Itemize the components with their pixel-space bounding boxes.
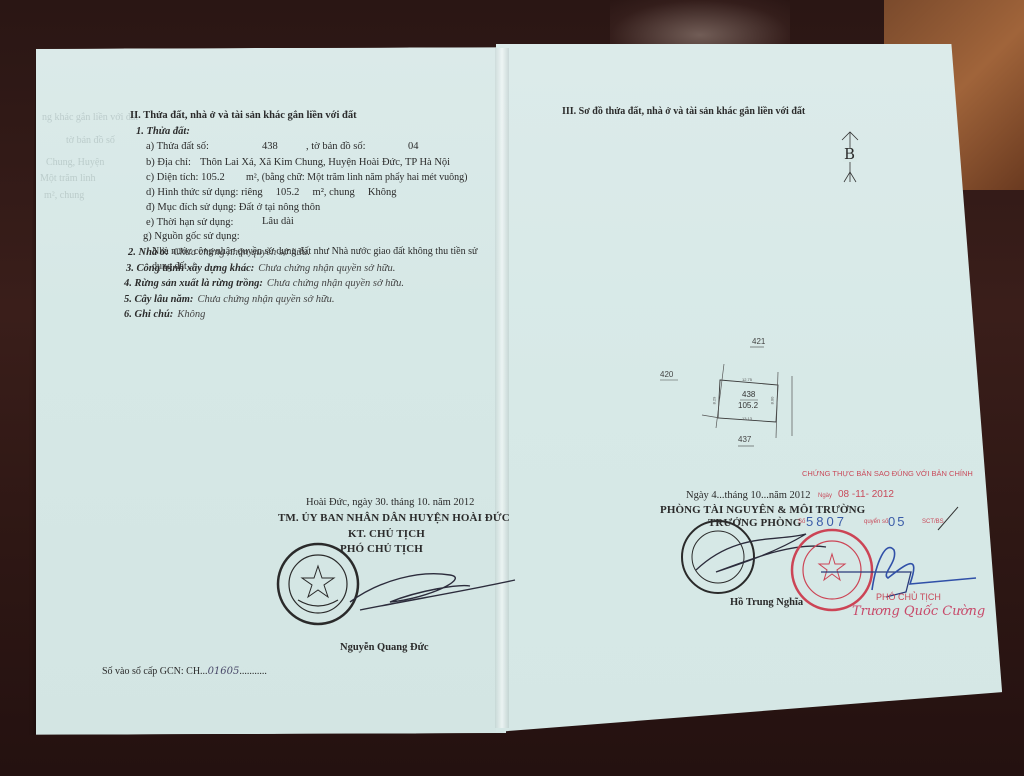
bleed-through-text: Một trăm linh xyxy=(40,173,96,184)
item-value: Không xyxy=(177,309,205,320)
bleed-through-text: Chung, Huyện xyxy=(46,157,104,168)
neighbor-parcel-west: 420 xyxy=(660,370,673,379)
item-row: 5. Cây lâu năm:Chưa chứng nhận quyền sở … xyxy=(124,294,335,305)
usage-purpose: đ) Mục đích sử dụng: Đất ở tại nông thôn xyxy=(146,202,320,213)
cert-date-label: Ngày xyxy=(818,493,832,499)
cert-official-name: Trương Quốc Cường xyxy=(852,604,985,619)
left-org-name: TM. ỦY BAN NHÂN DÂN HUYỆN HOÀI ĐỨC xyxy=(278,512,510,524)
right-signer-name: Hồ Trung Nghĩa xyxy=(730,597,803,608)
term-value: Lâu dài xyxy=(262,216,294,227)
edge-length-top: 12.75 xyxy=(742,377,752,382)
address-value: Thôn Lai Xá, Xã Kim Chung, Huyện Hoài Đứ… xyxy=(200,157,450,168)
item-row: 6. Ghi chú:Không xyxy=(124,309,205,320)
cert-date: 08 -11- 2012 xyxy=(838,489,894,500)
area-label: c) Diện tích: 105.2 xyxy=(146,172,225,183)
right-date-line: Ngày 4...tháng 10...năm 2012 xyxy=(686,490,811,501)
usage-form: d) Hình thức sử dụng: riêng 105.2 m², ch… xyxy=(146,187,396,198)
edge-length-bottom: 13.13 xyxy=(742,416,752,421)
item-label: 6. Ghi chú: xyxy=(124,309,173,320)
map-label: , tờ bản đồ số: xyxy=(306,141,366,152)
item-row: 2. Nhà ở:Chưa chứng nhận quyền sở hữu. xyxy=(128,247,310,258)
plan-parcel-number: 438 xyxy=(742,390,755,399)
item-value: Chưa chứng nhận quyền sở hữu. xyxy=(258,263,395,274)
map-number: 04 xyxy=(408,141,419,152)
edge-length-left: 8.29 xyxy=(711,397,716,405)
left-seal-and-signature xyxy=(270,540,510,640)
registry-label: Số vào sổ cấp GCN: CH...01605........... xyxy=(102,666,267,677)
certification-header: CHỨNG THỰC BẢN SAO ĐÚNG VỚI BẢN CHÍNH xyxy=(802,469,973,478)
area-in-words: m², (bằng chữ: Một trăm linh năm phẩy ha… xyxy=(246,172,467,183)
left-signer-name: Nguyễn Quang Đức xyxy=(340,642,429,653)
registry-trailer: ........... xyxy=(239,666,267,677)
edge-length-right: 8.00 xyxy=(769,397,774,405)
plan-parcel-area: 105.2 xyxy=(738,401,758,410)
item-value: Chưa chứng nhận quyền sở hữu. xyxy=(267,278,404,289)
neighbor-parcel-south: 437 xyxy=(738,435,751,444)
land-heading: 1. Thửa đất: xyxy=(136,126,190,137)
bleed-through-text: m², chung xyxy=(44,190,84,201)
parcel-number: 438 xyxy=(262,141,278,152)
section-iii-title: III. Sơ đồ thửa đất, nhà ở và tài sản kh… xyxy=(562,106,805,117)
origin-label: g) Nguồn gốc sử dụng: xyxy=(143,231,240,242)
parcel-label: a) Thửa đất số: xyxy=(146,141,209,152)
registry-number: 01605 xyxy=(208,666,240,677)
cert-official-title: PHÓ CHỦ TỊCH xyxy=(876,592,941,602)
registry-prefix: Số vào sổ cấp GCN: CH... xyxy=(102,666,208,677)
neighbor-parcel-north: 421 xyxy=(752,337,765,346)
item-row: 4. Rừng sản xuất là rừng trồng:Chưa chứn… xyxy=(124,278,404,289)
item-label: 2. Nhà ở: xyxy=(128,247,169,258)
item-value: Chưa chứng nhận quyền sở hữu. xyxy=(173,247,310,258)
item-row: 3. Công trình xây dựng khác:Chưa chứng n… xyxy=(126,263,395,274)
left-role-1: KT. CHỦ TỊCH xyxy=(348,528,425,540)
address-label: b) Địa chỉ: xyxy=(146,157,191,168)
parcel-plan-diagram xyxy=(640,330,830,450)
term-label: e) Thời hạn sử dụng: xyxy=(146,217,233,228)
bleed-through-text: ng khác gắn liền với đất xyxy=(42,112,138,123)
left-date-line: Hoài Đức, ngày 30. tháng 10. năm 2012 xyxy=(306,497,474,508)
section-ii-title: II. Thửa đất, nhà ở và tài sản khác gắn … xyxy=(130,110,357,121)
north-label: B xyxy=(844,145,855,163)
item-label: 4. Rừng sản xuất là rừng trồng: xyxy=(124,278,263,289)
bleed-through-text: tờ bản đồ số xyxy=(66,135,115,146)
item-value: Chưa chứng nhận quyền sở hữu. xyxy=(197,294,334,305)
right-seals-and-signatures xyxy=(676,512,986,642)
item-label: 3. Công trình xây dựng khác: xyxy=(126,263,254,274)
item-label: 5. Cây lâu năm: xyxy=(124,294,193,305)
